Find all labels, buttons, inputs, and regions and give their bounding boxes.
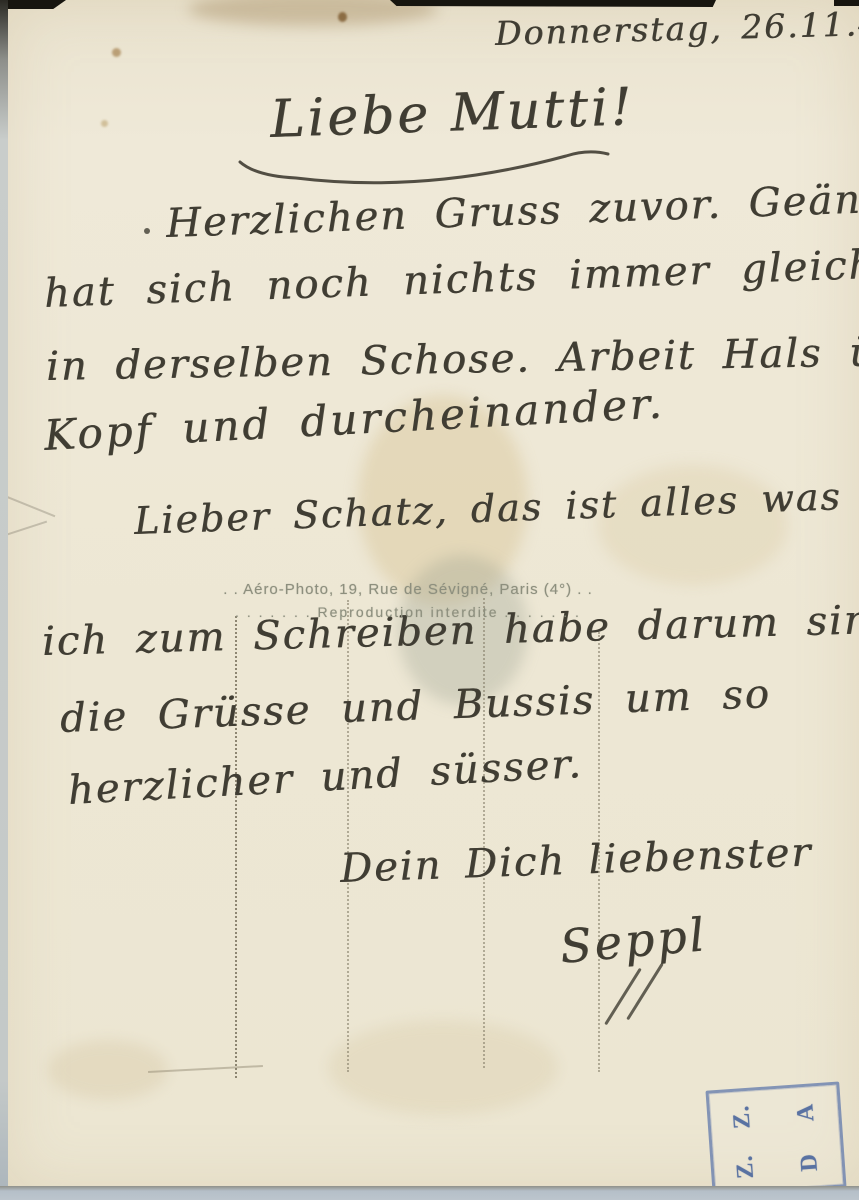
body-line: in derselben Schose. Arbeit Hals über (46, 328, 859, 390)
signature-flourish (626, 963, 664, 1021)
ink-dot (144, 228, 150, 234)
collector-stamp: Z. A Z. D (705, 1081, 846, 1196)
album-slot-line (235, 616, 237, 1078)
card-edge-damage-top-middle (390, 0, 716, 7)
stamp-letter: D (796, 1152, 824, 1172)
scan-edge-bottom (0, 1186, 859, 1200)
album-slot-line (483, 598, 485, 1068)
body-line: herzlicher und süsser. (67, 741, 584, 814)
date-line: Donnerstag, 26.11.42. (494, 3, 859, 53)
stamp-letter: Z. (732, 1153, 761, 1179)
salutation-underline-flourish (236, 136, 616, 188)
postcard-back: Donnerstag, 26.11.42. Liebe Mutti! Herzl… (8, 0, 859, 1188)
stamp-letter: Z. (728, 1103, 757, 1129)
album-slot-line (347, 600, 349, 1072)
body-line: Kopf und durcheinander. (43, 379, 666, 460)
signature-flourish (604, 968, 642, 1026)
paper-crease (4, 495, 56, 517)
card-edge-damage-top-left (8, 0, 66, 9)
printed-publisher-line: . . Aéro-Photo, 19, Rue de Sévigné, Pari… (138, 581, 678, 598)
stain (328, 1020, 558, 1115)
scanned-postcard-image: Donnerstag, 26.11.42. Liebe Mutti! Herzl… (0, 0, 859, 1200)
stamp-letter: A (792, 1102, 820, 1122)
ink-speck (112, 48, 121, 57)
scan-edge-left (0, 0, 8, 1200)
printed-reproduction-notice: . . . . . . . Reproduction interdite . .… (138, 604, 678, 620)
ink-speck (338, 12, 347, 22)
ink-speck (101, 120, 108, 127)
body-line: hat sich noch nichts immer gleich (43, 242, 859, 317)
signature: Seppl (558, 907, 709, 974)
closing-line: Dein Dich liebenster (339, 830, 813, 892)
